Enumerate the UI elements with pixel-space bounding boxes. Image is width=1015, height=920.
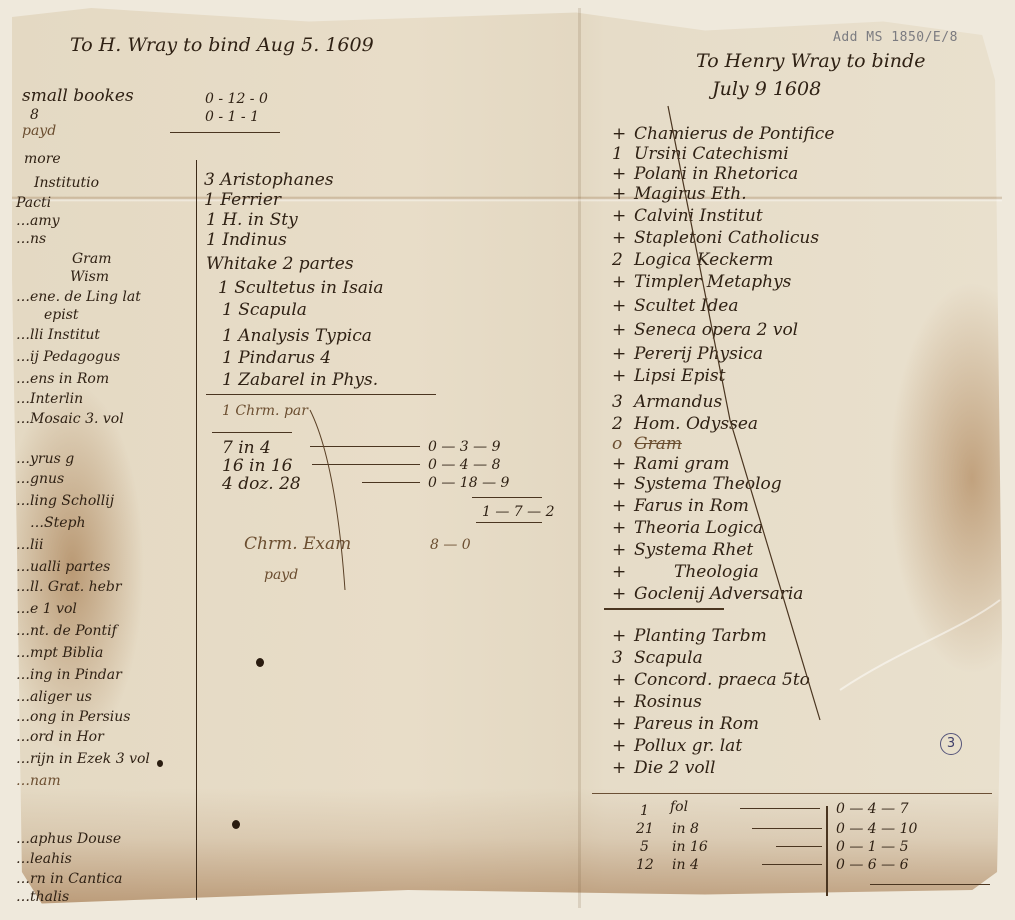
cancellation-stroke (0, 0, 1015, 920)
leader-line (752, 828, 822, 829)
leader-line (762, 864, 822, 865)
account-qty: 5 (640, 840, 649, 854)
total-rule (870, 884, 990, 885)
accounts-divider (826, 806, 828, 896)
account-amount: 0 — 4 — 7 (836, 802, 909, 816)
account-format: in 8 (672, 822, 699, 836)
accounts-rule (592, 793, 992, 794)
account-qty: 1 (640, 804, 649, 818)
account-format: fol (670, 800, 688, 814)
account-qty: 21 (636, 822, 654, 836)
account-format: in 4 (672, 858, 699, 872)
account-format: in 16 (672, 840, 708, 854)
leader-line (740, 808, 820, 809)
account-amount: 0 — 6 — 6 (836, 858, 909, 872)
account-amount: 0 — 4 — 10 (836, 822, 917, 836)
leader-line (776, 846, 822, 847)
account-amount: 0 — 1 — 5 (836, 840, 909, 854)
section-rule (604, 608, 724, 610)
account-qty: 12 (636, 858, 654, 872)
